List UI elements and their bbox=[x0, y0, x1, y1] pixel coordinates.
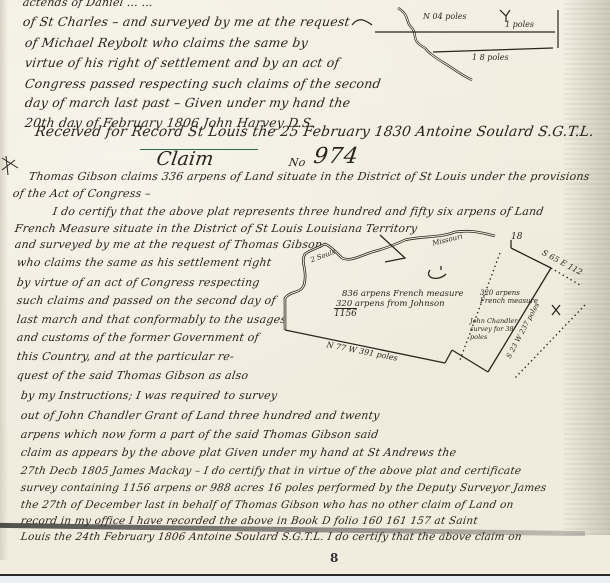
margin-cross-mark bbox=[2, 156, 18, 175]
plat-label-area-main: 836 arpens French measure bbox=[342, 289, 464, 299]
document-page: actends of Daniel ... ... of St Charles … bbox=[0, 0, 610, 583]
plat-label-area-total: 1156 bbox=[334, 309, 357, 319]
plat-label-top-right-1: 1 poles bbox=[505, 20, 534, 29]
plat-label-parcel-right: 320 arpens French measure bbox=[480, 289, 540, 305]
plat-label-top-right-0: N 04 poles bbox=[423, 12, 467, 21]
bottom-strip bbox=[0, 576, 610, 583]
plat-label-area-grant: 320 arpens from Johnson bbox=[336, 299, 445, 309]
plat-label-top-right-2: 1 8 poles bbox=[472, 53, 509, 62]
page-number: 8 bbox=[330, 551, 338, 565]
plat-label-corner-mark: 18 bbox=[511, 232, 522, 242]
